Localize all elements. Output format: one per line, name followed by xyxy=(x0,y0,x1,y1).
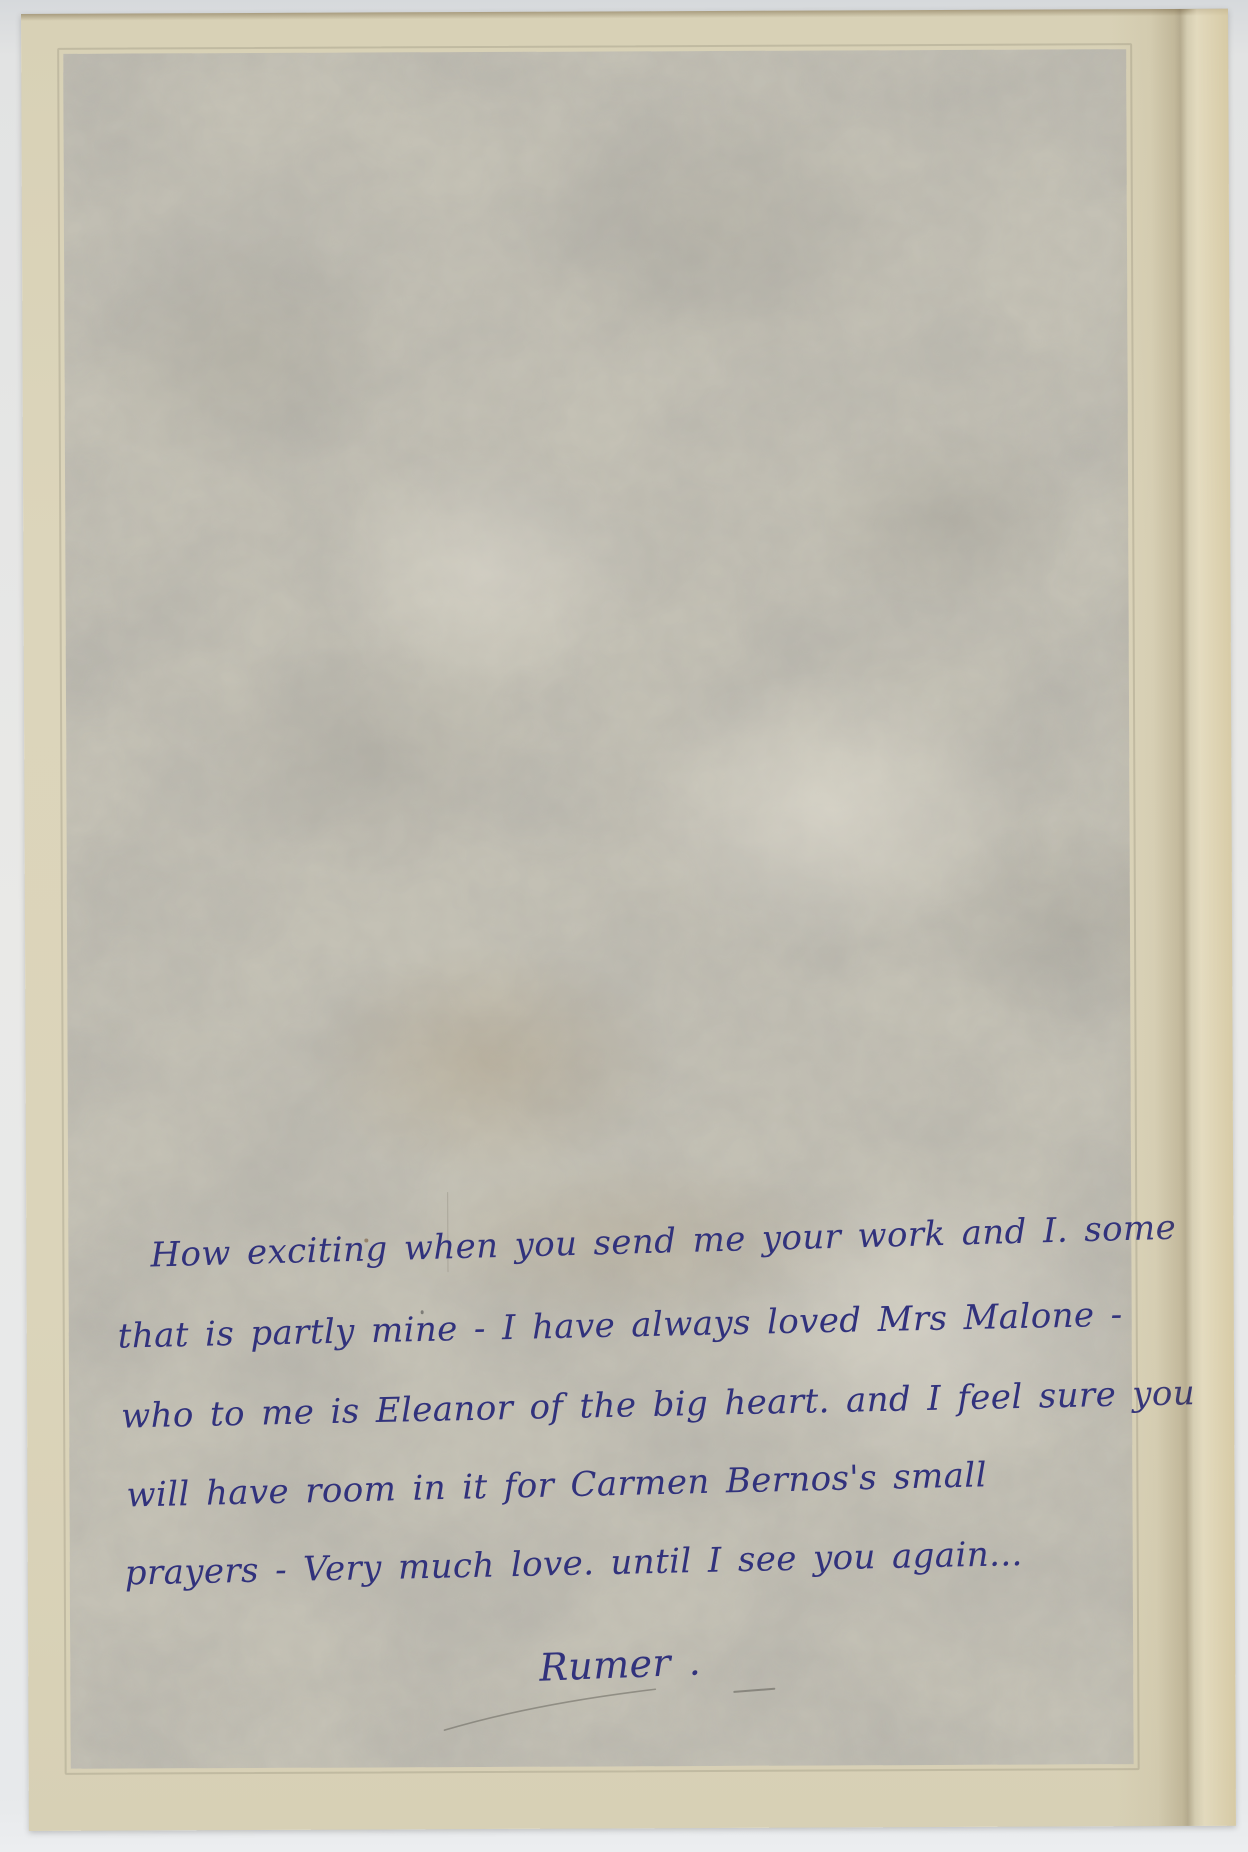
photo-background: How exciting when you send me your work … xyxy=(0,0,1248,1852)
book-endpaper-page: How exciting when you send me your work … xyxy=(21,9,1236,1831)
handwriting-line-5: prayers - Very much love. until I see yo… xyxy=(124,1534,1023,1594)
signature: Rumer . xyxy=(538,1639,701,1689)
handwriting-line-4: will have room in it for Carmen Bernos's… xyxy=(126,1455,987,1515)
handwriting-line-2: that is partly mine - I have always love… xyxy=(117,1295,1123,1357)
handwriting-line-3: who to me is Eleanor of the big heart. a… xyxy=(121,1373,1196,1436)
handwriting-line-1: How exciting when you send me your work … xyxy=(150,1208,1177,1276)
handwritten-inscription: How exciting when you send me your work … xyxy=(21,9,1236,1831)
page-gutter-fold xyxy=(1108,9,1236,1827)
